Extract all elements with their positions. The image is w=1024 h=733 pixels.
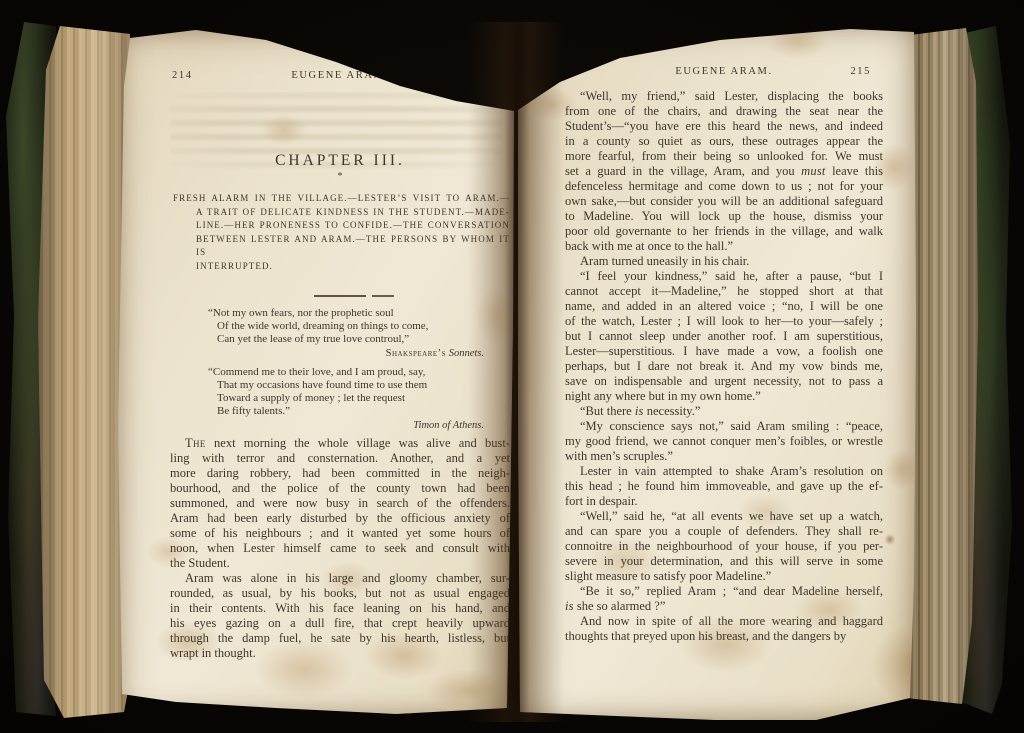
text-line: save on indispensable and urgent necessi… [565, 374, 883, 389]
running-title: EUGENE ARAM. [565, 66, 883, 77]
summary-line: FRESH ALARM IN THE VILLAGE.—LESTER’S VIS… [170, 192, 510, 206]
text-line: in a county so quiet as ours, these outr… [565, 134, 883, 149]
text-line: this head ; he found him immoveable, and… [565, 479, 883, 494]
text-line: night any where but in my own home.” [565, 389, 883, 404]
text-line: through the damp fuel, he sate by his he… [170, 631, 510, 646]
epigraphs: “Not my own fears, nor the prophetic sou… [170, 307, 510, 432]
text-line: the Student. [170, 556, 510, 571]
text-line: more daring robbery, had been committed … [170, 466, 510, 481]
text-line: perhaps, but I dare not break it. And my… [565, 359, 883, 374]
text-line: Student’s—“you have ere this heard the n… [565, 119, 883, 134]
text-line: is she so alarmed ?” [565, 599, 883, 614]
text-line: my good friend, we cannot conquer men’s … [565, 434, 883, 449]
book-page-right: EUGENE ARAM. 215 “Well, my friend,” said… [516, 20, 918, 722]
epigraph-line: Of the wide world, dreaming on things to… [208, 320, 510, 333]
text-line: “Be it so,” replied Aram ; “and dear Mad… [565, 584, 883, 599]
page-left-content: 214 EUGENE ARAM. CHAPTER III. * FRESH AL… [170, 70, 510, 661]
page-header-right: EUGENE ARAM. 215 [565, 66, 883, 82]
text-line: with men’s scruples.” [565, 449, 883, 464]
body-text-right: “Well, my friend,” said Lester, displaci… [565, 89, 883, 644]
text-line: his eyes gazing on a dull fire, that cre… [170, 616, 510, 631]
text-line: back with me at once to the hall.” [565, 239, 883, 254]
chapter-summary: FRESH ALARM IN THE VILLAGE.—LESTER’S VIS… [170, 192, 510, 273]
text-line: “But there is necessity.” [565, 404, 883, 419]
epigraph-attribution: Timon of Athens. [208, 419, 510, 432]
book-page-left: 214 EUGENE ARAM. CHAPTER III. * FRESH AL… [116, 26, 516, 718]
text-line: more fearful, from their being so unlook… [565, 149, 883, 164]
photo-background: 214 EUGENE ARAM. CHAPTER III. * FRESH AL… [0, 0, 1024, 733]
epigraph-line: That my occasions have found time to use… [208, 379, 510, 392]
epigraph-line: Can yet the lease of my true love contro… [208, 333, 510, 346]
epigraph-line: “Not my own fears, nor the prophetic sou… [208, 307, 510, 320]
text-line: The next morning the whole village was a… [170, 436, 510, 451]
text-line: severe in your determination, and this w… [565, 554, 883, 569]
text-line: from one of the chairs, and drawing the … [565, 104, 883, 119]
body-text-left: The next morning the whole village was a… [170, 436, 510, 661]
text-line: set a guard in the village, Aram, and yo… [565, 164, 883, 179]
text-line: noon, when Lester himself came to seek a… [170, 541, 510, 556]
text-line: wrapt in thought. [170, 646, 510, 661]
epigraph-attribution: Shakspeare’s Sonnets. [208, 347, 510, 360]
text-line: own sake,—but consider you will be an ad… [565, 194, 883, 209]
text-line: Lester in vain attempted to shake Aram’s… [565, 464, 883, 479]
text-line: “My conscience says not,” said Aram smil… [565, 419, 883, 434]
text-line: fort in despair. [565, 494, 883, 509]
text-line: “Well, my friend,” said Lester, displaci… [565, 89, 883, 104]
page-number: 215 [850, 66, 871, 77]
text-line: Lester—superstitious. I have made a vow,… [565, 344, 883, 359]
text-line: rounded, as usual, by his books, but not… [170, 586, 510, 601]
text-line: but I cannot sleep under another roof. I… [565, 329, 883, 344]
summary-line: LINE.—HER PRONENESS TO CONFIDE.—THE CONV… [170, 219, 510, 233]
text-line: poor old governante to her friends in th… [565, 224, 883, 239]
text-line: bourhood, and the police of the county t… [170, 481, 510, 496]
summary-line: BETWEEN LESTER AND ARAM.—THE PERSONS BY … [170, 233, 510, 260]
text-line: name, and added in an altered voice ; “n… [565, 299, 883, 314]
text-line: “I feel your kindness,” said he, after a… [565, 269, 883, 284]
text-line: cannot accept it—Madeline,” he stopped s… [565, 284, 883, 299]
text-line: and can spare you a couple of defenders.… [565, 524, 883, 539]
text-line: ling with terror and consternation. Anot… [170, 451, 510, 466]
epigraph-line: “Commend me to their love, and I am prou… [208, 366, 510, 379]
chapter-ornament: * [170, 170, 510, 184]
chapter-heading: CHAPTER III. [170, 152, 510, 170]
running-title: EUGENE ARAM. [170, 70, 510, 81]
page-right-content: EUGENE ARAM. 215 “Well, my friend,” said… [565, 66, 883, 644]
text-line: thoughts that preyed upon his breast, an… [565, 629, 883, 644]
text-line: to Madeline. You will lock up the house,… [565, 209, 883, 224]
summary-line: INTERRUPTED. [170, 260, 510, 274]
text-line: Aram had been early disturbed by the off… [170, 511, 510, 526]
text-line: Aram turned uneasily in his chair. [565, 254, 883, 269]
text-line: connoitre in the neighbourhood of your h… [565, 539, 883, 554]
text-line: summoned, and were now busy in search of… [170, 496, 510, 511]
epigraph: “Not my own fears, nor the prophetic sou… [208, 307, 510, 360]
text-line: of the watch, Lester ; I will look to he… [565, 314, 883, 329]
epigraph: “Commend me to their love, and I am prou… [208, 366, 510, 432]
summary-line: A TRAIT OF DELICATE KINDNESS IN THE STUD… [170, 206, 510, 220]
text-line: Aram was alone in his large and gloomy c… [170, 571, 510, 586]
epigraph-line: Be fifty talents.” [208, 405, 510, 418]
epigraph-line: Toward a supply of money ; let the reque… [208, 392, 510, 405]
text-line: some of his neighbours ; and it wanted y… [170, 526, 510, 541]
text-line: And now in spite of all the more wearing… [565, 614, 883, 629]
text-line: slight measure to satisfy poor Madeline.… [565, 569, 883, 584]
section-rule [314, 295, 366, 297]
text-line: defenceless hermitage and come down to u… [565, 179, 883, 194]
text-line: “Well,” said he, “at all events we have … [565, 509, 883, 524]
page-header-left: 214 EUGENE ARAM. [170, 70, 510, 86]
text-line: in their contents. With his face leaning… [170, 601, 510, 616]
